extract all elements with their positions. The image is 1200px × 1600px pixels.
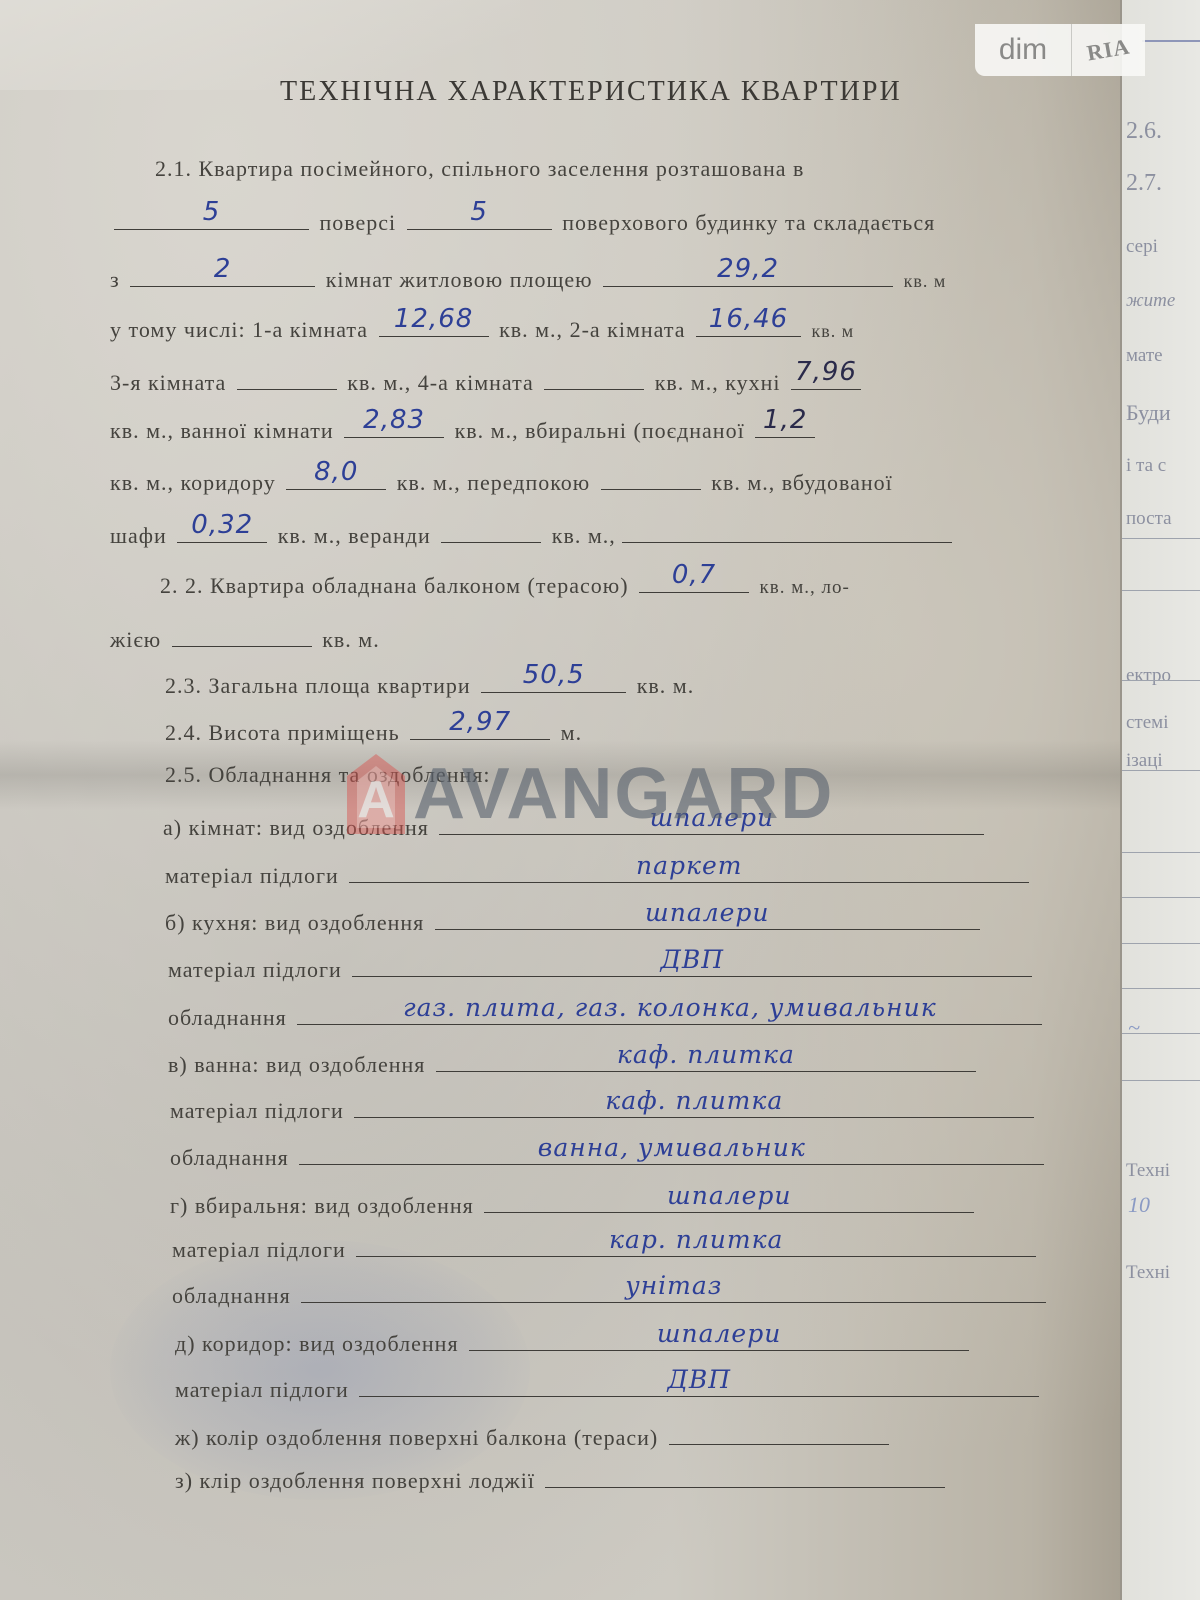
finish-label: д) коридор: вид оздоблення — [175, 1331, 459, 1356]
rp-fragment: жите — [1126, 290, 1175, 312]
finish-label: обладнання — [168, 1005, 287, 1030]
finish-value: унітаз — [301, 1271, 1046, 1300]
ceiling-height-label: 2.4. Висота приміщень — [165, 720, 400, 745]
floor-value: 5 — [114, 197, 309, 227]
rp-fragment: Техні — [1126, 1160, 1170, 1182]
storeys-field[interactable]: 5 — [407, 205, 552, 230]
finish-value: шпалери — [435, 898, 980, 927]
storeys-value: 5 — [407, 197, 552, 227]
kitchen-value: 7,96 — [791, 357, 861, 387]
loggia-label: жією — [110, 627, 161, 652]
finish-label: матеріал підлоги — [175, 1377, 349, 1402]
rp-rule — [1122, 770, 1200, 771]
avangard-wordmark: AVANGARD — [413, 753, 834, 835]
rp-rule — [1122, 1033, 1200, 1034]
rp-fragment: і та с — [1126, 455, 1166, 477]
toilet-field[interactable]: 1,2 — [755, 413, 815, 438]
balcony-value: 0,7 — [639, 560, 749, 590]
finish-row: д) коридор: вид оздоблення шпалери — [175, 1326, 973, 1357]
builtin-label: вбудованої — [782, 470, 893, 495]
finish-field[interactable]: кар. плитка — [356, 1232, 1036, 1257]
agency-watermark: A AVANGARD — [345, 748, 834, 840]
dimria-logo-ria: RIA — [1070, 31, 1146, 69]
finish-field[interactable]: каф. плитка — [436, 1047, 976, 1072]
bathroom-toilet-row: кв. м., ванної кімнати 2,83 кв. м., вбир… — [110, 413, 819, 444]
balcony-row: 2. 2. Квартира обладнана балконом (терас… — [160, 568, 850, 599]
corridor-field[interactable]: 8,0 — [286, 465, 386, 490]
rp-fragment: ізаці — [1126, 750, 1163, 772]
rp-rule — [1122, 590, 1200, 591]
rp-fragment: поста — [1126, 508, 1172, 530]
balcony-field[interactable]: 0,7 — [639, 568, 749, 593]
bathroom-field[interactable]: 2,83 — [344, 413, 444, 438]
rp-fragment: мате — [1126, 345, 1163, 367]
living-area-field[interactable]: 29,2 — [603, 262, 893, 287]
rp-handwriting: 10 — [1128, 1192, 1150, 1218]
room4-field[interactable] — [544, 365, 644, 390]
loggia-row: жією кв. м. — [110, 622, 380, 653]
rp-fragment: 2.6. — [1126, 118, 1162, 145]
finish-field[interactable]: газ. плита, газ. колонка, умивальник — [297, 1000, 1042, 1025]
storeys-label: поверхового будинку та складається — [562, 210, 935, 235]
bathroom-value: 2,83 — [344, 405, 444, 435]
veranda-label: веранди — [348, 523, 431, 548]
rooms-prefix: з — [110, 267, 120, 292]
corridor-hall-row: кв. м., коридору 8,0 кв. м., передпокою … — [110, 465, 893, 496]
finish-field[interactable] — [545, 1463, 945, 1488]
ceiling-height-value: 2,97 — [410, 707, 550, 737]
rp-rule — [1122, 943, 1200, 944]
avangard-badge-letter: A — [345, 770, 407, 830]
rp-rule — [1122, 538, 1200, 539]
rp-fragment: Буди — [1126, 400, 1171, 426]
hall-field[interactable] — [601, 465, 701, 490]
finish-label: в) ванна: вид оздоблення — [168, 1052, 425, 1077]
finish-value: каф. плитка — [436, 1040, 976, 1069]
rp-fragment: Техні — [1126, 1262, 1170, 1284]
rp-rule — [1122, 680, 1200, 681]
loggia-field[interactable] — [172, 622, 312, 647]
unit-label: кв. м., — [110, 418, 174, 443]
unit-label: кв. м — [812, 321, 855, 341]
total-area-field[interactable]: 50,5 — [481, 668, 626, 693]
unit-label: кв. м. — [322, 627, 380, 652]
kitchen-label: кухні — [725, 370, 780, 395]
finish-row: б) кухня: вид оздоблення шпалери — [165, 905, 984, 936]
finish-label: матеріал підлоги — [172, 1237, 346, 1262]
unit-label: кв. м., — [455, 418, 519, 443]
unit-label: кв. м., — [655, 370, 719, 395]
living-area-value: 29,2 — [603, 254, 893, 284]
finish-row: в) ванна: вид оздоблення каф. плитка — [168, 1047, 980, 1078]
wardrobe-value: 0,32 — [177, 510, 267, 540]
unit-label: кв. м — [904, 271, 947, 291]
unit-label: кв. м., — [110, 470, 174, 495]
wardrobe-veranda-row: шафи 0,32 кв. м., веранди кв. м., — [110, 518, 952, 549]
room2-value: 16,46 — [696, 304, 801, 334]
rooms-field[interactable]: 2 — [130, 262, 315, 287]
section-2-1-heading: 2.1. Квартира посімейного, спільного зас… — [155, 156, 804, 182]
finish-row: обладнання ванна, умивальник — [170, 1140, 1048, 1171]
unit-label: кв. м., — [711, 470, 775, 495]
finish-row: матеріал підлоги паркет — [165, 858, 1033, 889]
room1-value: 12,68 — [379, 304, 489, 334]
finish-row: матеріал підлоги ДВП — [175, 1372, 1043, 1403]
kitchen-field[interactable]: 7,96 — [791, 365, 861, 390]
finish-value: кар. плитка — [356, 1225, 1036, 1254]
dimria-logo: dim RIA — [975, 24, 1145, 76]
wardrobe-label: шафи — [110, 523, 167, 548]
finish-row: г) вбиральня: вид оздоблення шпалери — [170, 1188, 978, 1219]
toilet-value: 1,2 — [755, 405, 815, 435]
total-area-label: 2.3. Загальна площа квартири — [165, 673, 471, 698]
corridor-label: коридору — [181, 470, 276, 495]
finish-label: з) клір оздоблення поверхні лоджії — [175, 1468, 535, 1493]
unit-label: кв. м., — [278, 523, 342, 548]
finish-row: обладнання газ. плита, газ. колонка, уми… — [168, 1000, 1046, 1031]
living-area-label: кімнат житловою площею — [326, 267, 593, 292]
rp-rule — [1122, 988, 1200, 989]
unit-label: кв. м., — [552, 523, 616, 548]
veranda-field[interactable] — [441, 518, 541, 543]
unit-label: кв. м., — [347, 370, 411, 395]
adjacent-page: 2.6. 2.7. сері жите мате Буди і та с пос… — [1120, 0, 1200, 1600]
finish-field[interactable]: паркет — [349, 858, 1029, 883]
avangard-house-icon: A — [345, 752, 407, 836]
floor-row: 5 поверсі 5 поверхового будинку та склад… — [110, 205, 935, 236]
blank-line — [622, 518, 952, 543]
finish-value: газ. плита, газ. колонка, умивальник — [297, 993, 1042, 1022]
finish-label: обладнання — [170, 1145, 289, 1170]
rp-rule — [1122, 1080, 1200, 1081]
room3-label: 3-я кімната — [110, 370, 226, 395]
finish-row: обладнання унітаз — [172, 1278, 1050, 1309]
finish-value: шпалери — [484, 1181, 974, 1210]
room1-label: у тому числі: 1-а кімната — [110, 317, 368, 342]
total-area-value: 50,5 — [481, 660, 626, 690]
room3-field[interactable] — [237, 365, 337, 390]
ceiling-height-row: 2.4. Висота приміщень 2,97 м. — [165, 715, 582, 746]
finish-row: матеріал підлоги каф. плитка — [170, 1093, 1038, 1124]
finish-label: матеріал підлоги — [170, 1098, 344, 1123]
rooms-row: з 2 кімнат житловою площею 29,2 кв. м — [110, 262, 946, 293]
hall-label: передпокою — [467, 470, 590, 495]
finish-field[interactable]: шпалери — [469, 1326, 969, 1351]
finish-value: каф. плитка — [354, 1086, 1034, 1115]
total-area-row: 2.3. Загальна площа квартири 50,5 кв. м. — [165, 668, 694, 699]
finish-value: ванна, умивальник — [299, 1133, 1044, 1162]
rp-rule — [1142, 40, 1200, 42]
finish-label: г) вбиральня: вид оздоблення — [170, 1193, 474, 1218]
unit-label: м. — [561, 720, 582, 745]
dimria-logo-dim: dim — [975, 33, 1071, 67]
finish-label: обладнання — [172, 1283, 291, 1308]
finish-field[interactable]: шпалери — [435, 905, 980, 930]
finish-field[interactable]: ДВП — [352, 952, 1032, 977]
floor-label: поверсі — [320, 210, 397, 235]
toilet-label: вбиральні (поєднаної — [525, 418, 745, 443]
corridor-value: 8,0 — [286, 457, 386, 487]
ceiling-height-field[interactable]: 2,97 — [410, 715, 550, 740]
wardrobe-field[interactable]: 0,32 — [177, 518, 267, 543]
finish-field[interactable]: ванна, умивальник — [299, 1140, 1044, 1165]
unit-label: кв. м., ло- — [760, 577, 850, 598]
finish-field[interactable]: унітаз — [301, 1278, 1046, 1303]
balcony-label: 2. 2. Квартира обладнана балконом (терас… — [160, 573, 629, 598]
finish-value: ДВП — [352, 945, 1032, 974]
finish-field[interactable] — [669, 1420, 889, 1445]
finish-row: матеріал підлоги ДВП — [168, 952, 1036, 983]
finish-label: ж) колір оздоблення поверхні балкона (те… — [175, 1425, 658, 1450]
finish-field[interactable]: шпалери — [484, 1188, 974, 1213]
finish-value: ДВП — [359, 1365, 1039, 1394]
finish-field[interactable]: каф. плитка — [354, 1093, 1034, 1118]
rp-fragment: сері — [1126, 236, 1158, 258]
floor-field[interactable]: 5 — [114, 205, 309, 230]
rooms-value: 2 — [130, 254, 315, 284]
room4-label: 4-а кімната — [418, 370, 534, 395]
unit-label: кв. м., — [397, 470, 461, 495]
rp-handwriting: ~ — [1128, 1015, 1140, 1041]
room2-label: 2-а кімната — [570, 317, 686, 342]
finish-label: матеріал підлоги — [168, 957, 342, 982]
finish-label: матеріал підлоги — [165, 863, 339, 888]
rp-fragment: стемі — [1126, 712, 1168, 734]
rp-rule — [1122, 897, 1200, 898]
room1-field[interactable]: 12,68 — [379, 312, 489, 337]
document-title: ТЕХНІЧНА ХАРАКТЕРИСТИКА КВАРТИРИ — [280, 76, 902, 108]
finish-label: б) кухня: вид оздоблення — [165, 910, 424, 935]
finish-field[interactable]: ДВП — [359, 1372, 1039, 1397]
room-areas-row: у тому числі: 1-а кімната 12,68 кв. м., … — [110, 312, 854, 343]
finish-row: з) клір оздоблення поверхні лоджії — [175, 1463, 949, 1494]
room2-field[interactable]: 16,46 — [696, 312, 801, 337]
finish-row: ж) колір оздоблення поверхні балкона (те… — [175, 1420, 893, 1451]
rp-rule — [1122, 852, 1200, 853]
bathroom-label: ванної кімнати — [181, 418, 334, 443]
unit-label: кв. м. — [637, 673, 695, 698]
rp-fragment: ектро — [1126, 665, 1171, 687]
finish-row: матеріал підлоги кар. плитка — [172, 1232, 1040, 1263]
unit-label: кв. м., — [499, 317, 563, 342]
finish-value: паркет — [349, 851, 1029, 880]
finish-value: шпалери — [469, 1319, 969, 1348]
rp-fragment: 2.7. — [1126, 170, 1162, 197]
room34-kitchen-row: 3-я кімната кв. м., 4-а кімната кв. м., … — [110, 365, 865, 396]
